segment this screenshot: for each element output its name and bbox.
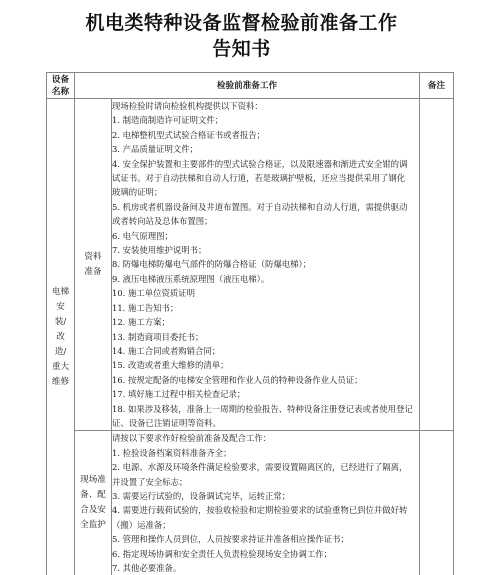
list-item: 9. 液压电梯液压系统原理图（液压电梯）。 <box>112 272 419 286</box>
header-remarks: 备注 <box>420 73 454 99</box>
list-item: 现场检验时请向检验机构提供以下资料： <box>112 99 419 113</box>
list-item: 17. 填好施工过程中相关检查记录； <box>112 387 419 401</box>
section-label-cell: 资料准备 <box>75 99 112 431</box>
list-item: 4. 需要进行载荷试验的，按验收检验和定期检验要求的试验重物已到位并做好转 <box>112 503 419 517</box>
equipment-name-cell: 电梯安装/改造/重大维修 <box>47 99 75 575</box>
list-item: 8. 防爆电梯防爆电气部件的防爆合格证（防爆电梯）； <box>112 257 419 271</box>
list-item: 6. 电气原理图； <box>112 229 419 243</box>
equipment-name: 电梯安装/改造/重大维修 <box>52 285 70 390</box>
list-item: 试证书。对于自动扶梯和自动人行道，若是玻璃护壁板，还应当提供采用了钢化 <box>112 171 419 185</box>
list-item: 并设置了安全标志； <box>112 475 419 489</box>
inspection-prep-table: 设备名称 检验前准备工作 备注 电梯安装/改造/重大维修 资料准备 现场检验时请… <box>46 72 454 575</box>
section-label-site-prep: 现场准备、配合及安全监护 <box>79 473 107 533</box>
list-item: 18. 如果涉及移装，准备上一周期的检验报告、特种设备注册登记表或者使用登记 <box>112 402 419 416</box>
list-item: 2. 电源、水源及环境条件满足检验要求，需要设置隔离区的，已经进行了隔离， <box>112 460 419 474</box>
list-item: 3. 需要运行试验的，设备调试完毕，运转正常； <box>112 489 419 503</box>
list-item: 证、设备已注销证明等资料。 <box>112 416 419 430</box>
section-content-documents: 现场检验时请向检验机构提供以下资料： 1. 制造商制造许可证明文件； 2. 电梯… <box>112 99 420 431</box>
list-item: 5. 机房或者机器设备间及井道布置图。对于自动扶梯和自动人行道，需提供驱动 <box>112 200 419 214</box>
list-item: 4. 安全保护装置和主要部件的型式试验合格证，以及限速器和渐进式安全钳的调 <box>112 157 419 171</box>
table-row-documents: 电梯安装/改造/重大维修 资料准备 现场检验时请向检验机构提供以下资料： 1. … <box>47 99 454 431</box>
list-item: 请按以下要求作好检验前准备及配合工作： <box>112 431 419 445</box>
remark-cell-site-prep <box>420 431 454 575</box>
list-item: 或者转向站及总体布置图； <box>112 214 419 228</box>
list-item: 15. 改造或者重大维修的清单； <box>112 358 419 372</box>
remark-cell-documents <box>420 99 454 431</box>
list-item: 3. 产品质量证明文件； <box>112 142 419 156</box>
list-item: 1. 制造商制造许可证明文件； <box>112 113 419 127</box>
list-item: 10. 施工单位资质证明 <box>112 286 419 300</box>
document-subtitle: 告知书 <box>0 34 483 61</box>
header-prep-work: 检验前准备工作 <box>75 73 420 99</box>
list-item: 5. 管理和操作人员到位，人员按要求持证并准备相应操作证书； <box>112 532 419 546</box>
section-label-cell: 现场准备、配合及安全监护 <box>75 431 112 575</box>
list-item: 6. 指定现场协调和安全责任人负责检验现场安全协调工作； <box>112 547 419 561</box>
list-item: 16. 按规定配备的电梯安全管理和作业人员的特种设备作业人员证； <box>112 373 419 387</box>
table-header-row: 设备名称 检验前准备工作 备注 <box>47 73 454 99</box>
list-item: 14. 施工合同或者购销合同； <box>112 344 419 358</box>
list-item: 7. 其他必要准备。 <box>112 561 419 575</box>
list-item: 13. 制造商项目委托书； <box>112 330 419 344</box>
list-item: 玻璃的证明； <box>112 185 419 199</box>
list-item: （搬）运准备； <box>112 518 419 532</box>
header-equipment-name: 设备名称 <box>47 73 75 99</box>
list-item: 2. 电梯整机型式试验合格证书或者报告； <box>112 128 419 142</box>
list-item: 7. 安装使用维护说明书； <box>112 243 419 257</box>
section-content-site-prep: 请按以下要求作好检验前准备及配合工作： 1. 检验设备档案资料准备齐全； 2. … <box>112 431 420 575</box>
table-row-site-prep: 现场准备、配合及安全监护 请按以下要求作好检验前准备及配合工作： 1. 检验设备… <box>47 431 454 575</box>
list-item: 1. 检验设备档案资料准备齐全； <box>112 446 419 460</box>
section-label-documents: 资料准备 <box>84 250 102 280</box>
list-item: 12. 施工方案； <box>112 315 419 329</box>
document-title: 机电类特种设备监督检验前准备工作 <box>0 8 483 35</box>
list-item: 11. 施工告知书； <box>112 301 419 315</box>
